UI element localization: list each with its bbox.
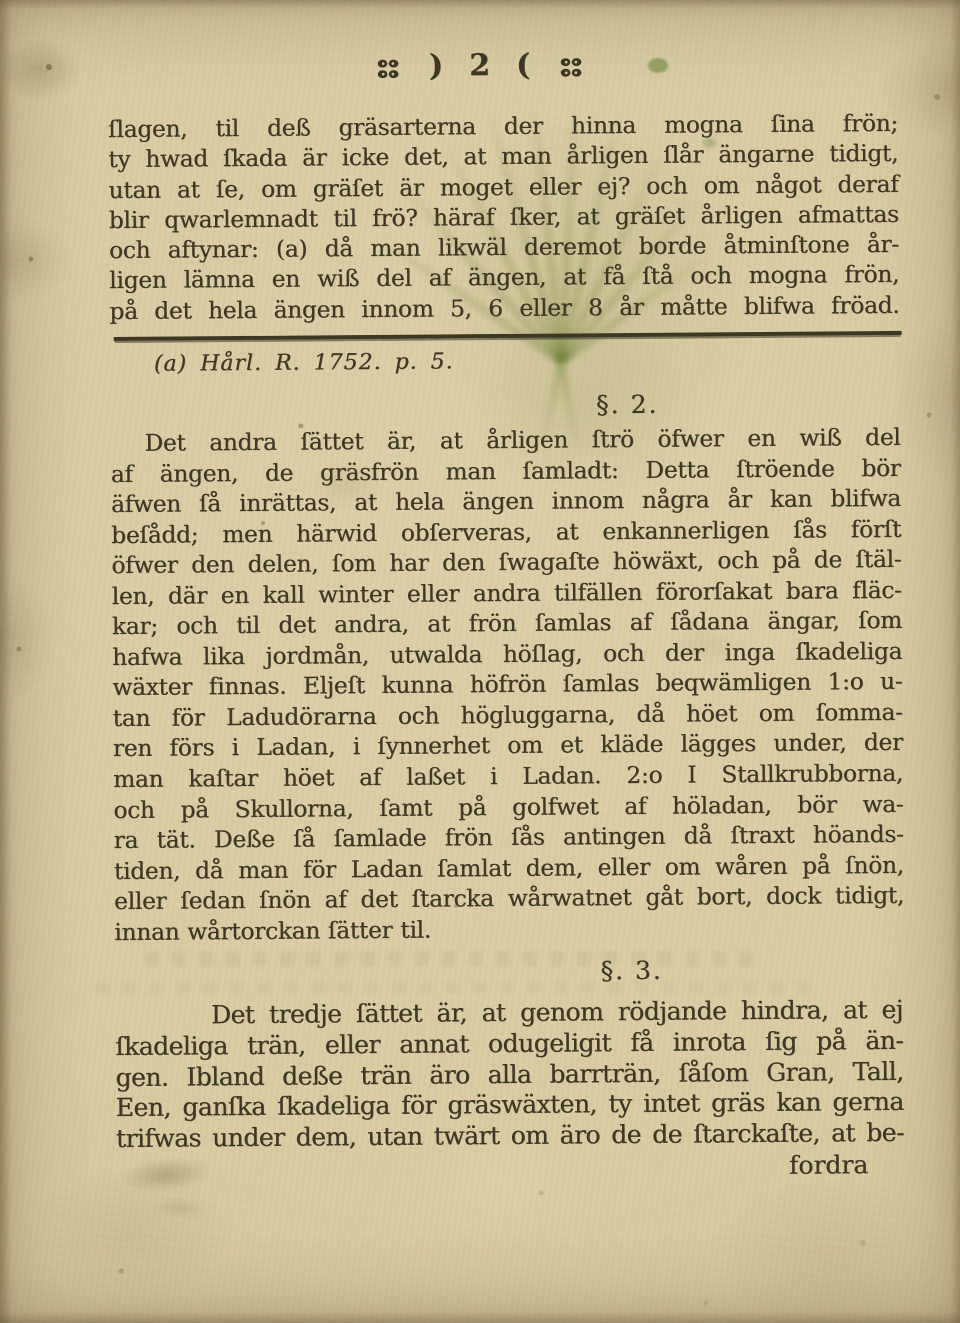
- body-line: trifwas under dem, utan twärt om äro de …: [116, 1118, 904, 1155]
- paragraph-1: ſlagen, til deß gräsarterna der hinna mo…: [108, 109, 900, 327]
- paragraph-2: Det andra ſättet är, at årligen ſtrö öfw…: [110, 423, 904, 948]
- running-head-page-number: )2(: [0, 44, 960, 87]
- paren-close: (: [516, 48, 530, 83]
- printers-flower-icon: [375, 58, 402, 80]
- page-edge-shadow: [951, 0, 960, 1323]
- section-heading-3: §. 3.: [237, 953, 960, 988]
- page-edge-shadow: [0, 1312, 960, 1323]
- page-number: 2: [469, 48, 490, 83]
- paragraph-3: Det tredje ſättet är, at genom rödjande …: [115, 995, 904, 1155]
- scanned-book-page: )2( ſlagen, til deß gräsarterna der hinn…: [0, 0, 960, 1323]
- page-edge-shadow: [0, 0, 12, 1323]
- body-line: eller ſedan ſnön af det ſtarcka wårwatne…: [114, 881, 904, 918]
- printers-flower-icon: [557, 56, 584, 78]
- body-line: innan wårtorckan ſätter til.: [114, 912, 904, 949]
- body-line: på det hela ängen innom 5, 6 eller 8 år …: [109, 291, 899, 328]
- section-heading-2: §. 2.: [232, 387, 960, 422]
- footnote-rule: [114, 331, 902, 341]
- page-edge-shadow: [0, 0, 960, 9]
- footnote: (a) Hårl. R. 1752. p. 5.: [154, 349, 454, 376]
- printed-text-layer: )2( ſlagen, til deß gräsarterna der hinn…: [0, 0, 960, 1323]
- paren-open: ): [429, 48, 443, 83]
- catchword: fordra: [116, 1150, 868, 1185]
